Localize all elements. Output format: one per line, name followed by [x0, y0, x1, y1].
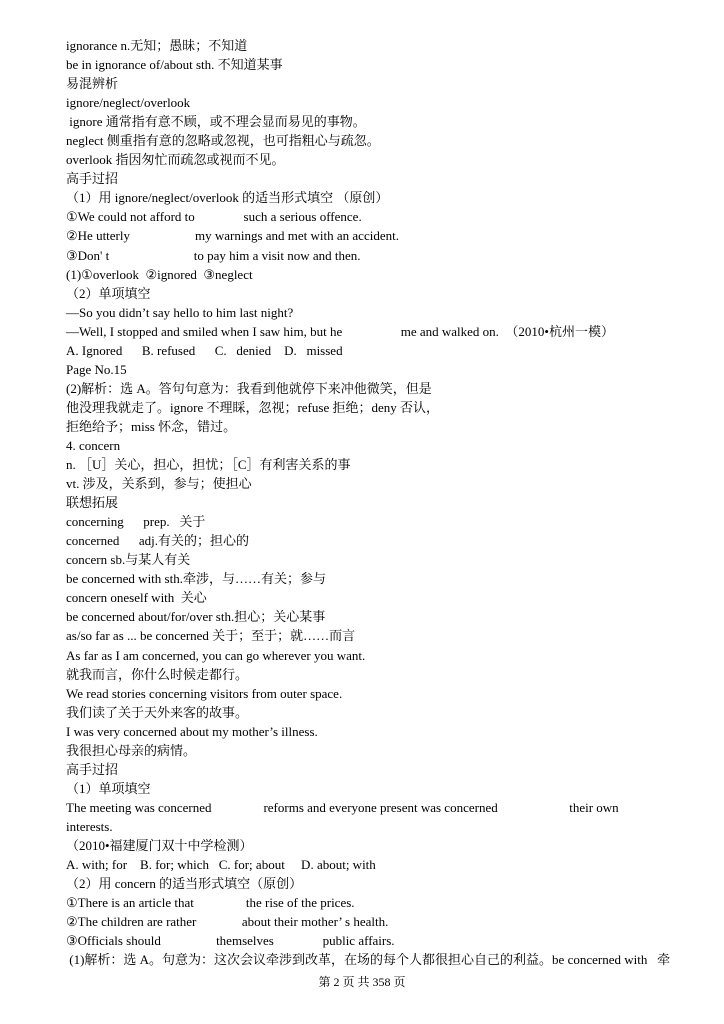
document-line: ②The children are rather about their mot… [66, 912, 672, 931]
document-line: 高手过招 [66, 169, 672, 188]
document-line: 我们读了关于天外来客的故事。 [66, 703, 672, 722]
document-line: We read stories concerning visitors from… [66, 684, 672, 703]
document-line: ①We could not afford to such a serious o… [66, 207, 672, 226]
document-line: (1)解析：选 A。句意为：这次会议牵涉到改革，在场的每个人都很担心自己的利益。… [66, 950, 672, 969]
document-line: concerning prep. 关于 [66, 512, 672, 531]
document-line: 我很担心母亲的病情。 [66, 741, 672, 760]
document-line: 高手过招 [66, 760, 672, 779]
document-line: ①There is an article that the rise of th… [66, 893, 672, 912]
document-line: vt. 涉及，关系到，参与；使担心 [66, 474, 672, 493]
document-line: Page No.15 [66, 360, 672, 379]
document-line: be in ignorance of/about sth. 不知道某事 [66, 55, 672, 74]
document-line: overlook 指因匆忙而疏忽或视而不见。 [66, 150, 672, 169]
page-number-text: 第 2 页 共 358 页 [318, 975, 405, 989]
document-line: 4. concern [66, 436, 672, 455]
document-line: （2）单项填空 [66, 284, 672, 303]
document-line: concern sb.与某人有关 [66, 550, 672, 569]
document-line: The meeting was concerned reforms and ev… [66, 798, 672, 817]
document-line: —So you didn’t say hello to him last nig… [66, 303, 672, 322]
document-line: ③Officials should themselves public affa… [66, 931, 672, 950]
document-line: A. with; for B. for; which C. for; about… [66, 855, 672, 874]
document-line: （1）用 ignore/neglect/overlook 的适当形式填空 （原创… [66, 188, 672, 207]
document-line: 联想拓展 [66, 493, 672, 512]
document-line: —Well, I stopped and smiled when I saw h… [66, 322, 672, 341]
document-line: ③Don' t to pay him a visit now and then. [66, 246, 672, 265]
document-line: ignore/neglect/overlook [66, 93, 672, 112]
page-footer: 第 2 页 共 358 页 [0, 974, 724, 990]
document-line: concern oneself with 关心 [66, 588, 672, 607]
document-line: ignore 通常指有意不顾，或不理会显而易见的事物。 [66, 112, 672, 131]
document-line: （1）单项填空 [66, 779, 672, 798]
document-line: n. ［U］关心，担心，担忧；［C］有利害关系的事 [66, 455, 672, 474]
document-line: （2010•福建厦门双十中学检测） [66, 836, 672, 855]
document-line: A. Ignored B. refused C. denied D. misse… [66, 341, 672, 360]
document-line: (2)解析：选 A。答句句意为：我看到他就停下来冲他微笑，但是 [66, 379, 672, 398]
document-line: I was very concerned about my mother’s i… [66, 722, 672, 741]
document-line: （2）用 concern 的适当形式填空（原创） [66, 874, 672, 893]
document-line: 就我而言，你什么时候走都行。 [66, 665, 672, 684]
document-line: neglect 侧重指有意的忽略或忽视，也可指粗心与疏忽。 [66, 131, 672, 150]
document-line: be concerned about/for/over sth.担心；关心某事 [66, 607, 672, 626]
document-line: 拒绝给予；miss 怀念，错过。 [66, 417, 672, 436]
document-line: be concerned with sth.牵涉，与……有关；参与 [66, 569, 672, 588]
document-line: ②He utterly my warnings and met with an … [66, 226, 672, 245]
document-line: concerned adj.有关的；担心的 [66, 531, 672, 550]
document-body: ignorance n.无知；愚昧；不知道be in ignorance of/… [66, 36, 672, 969]
document-line: interests. [66, 817, 672, 836]
document-page: ignorance n.无知；愚昧；不知道be in ignorance of/… [0, 0, 724, 1024]
document-line: As far as I am concerned, you can go whe… [66, 646, 672, 665]
document-line: ignorance n.无知；愚昧；不知道 [66, 36, 672, 55]
document-line: 易混辨析 [66, 74, 672, 93]
document-line: 他没理我就走了。ignore 不理睬，忽视；refuse 拒绝；deny 否认， [66, 398, 672, 417]
document-line: (1)①overlook ②ignored ③neglect [66, 265, 672, 284]
document-line: as/so far as ... be concerned 关于；至于；就……而… [66, 626, 672, 645]
